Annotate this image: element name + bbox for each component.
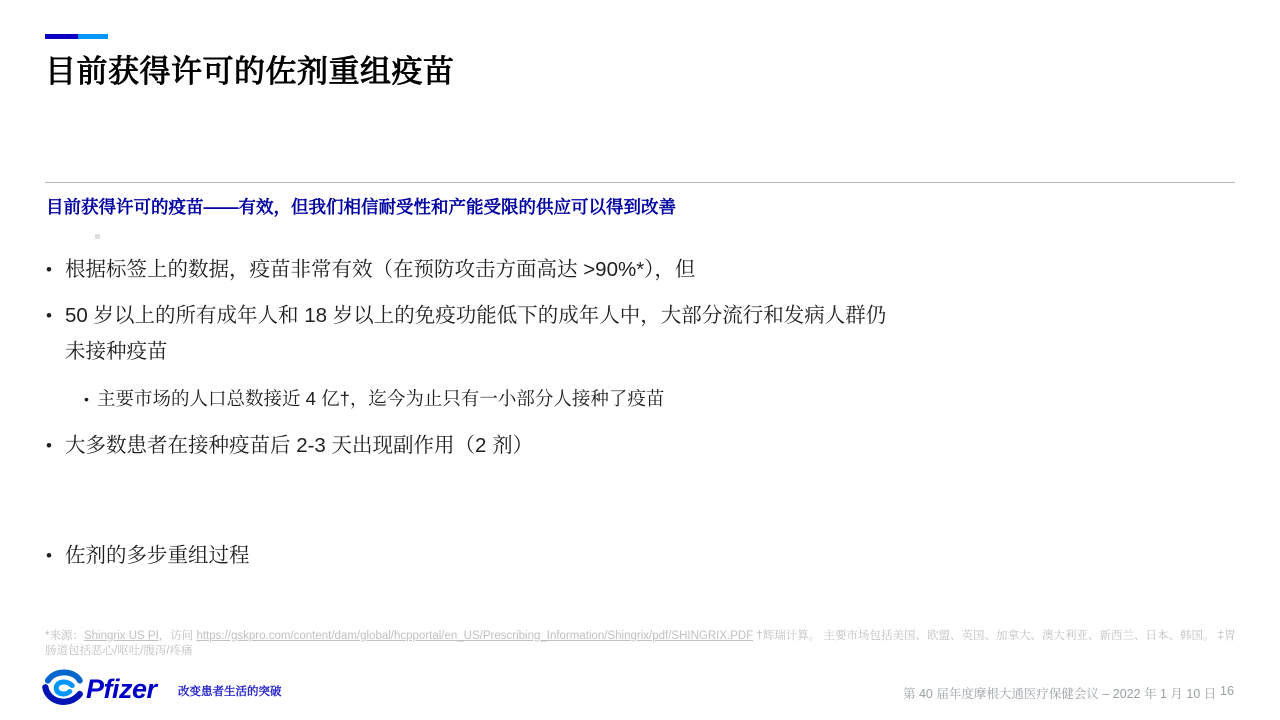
bullet-text: 根据标签上的数据，疫苗非常有效（在预防攻击方面高达 >90%*），但 bbox=[65, 252, 695, 288]
pfizer-wordmark: Pfizer bbox=[86, 674, 157, 705]
slide: 目前获得许可的佐剂重组疫苗 目前获得许可的疫苗——有效，但我们相信耐受性和产能受… bbox=[0, 0, 1280, 720]
accent-bar-light-segment bbox=[78, 34, 108, 39]
slide-subtitle: 目前获得许可的疫苗——有效，但我们相信耐受性和产能受限的供应可以得到改善 bbox=[46, 194, 676, 219]
footnote-link-url[interactable]: https://gskpro.com/content/dam/global/hc… bbox=[196, 630, 753, 642]
bullet-text: 大多数患者在接种疫苗后 2-3 天出现副作用（2 剂） bbox=[65, 428, 533, 464]
footnote-link-shingrix-pi[interactable]: Shingrix US PI bbox=[84, 630, 159, 642]
bullet-item-3: • 大多数患者在接种疫苗后 2-3 天出现副作用（2 剂） bbox=[46, 428, 1226, 464]
slide-title: 目前获得许可的佐剂重组疫苗 bbox=[45, 46, 455, 91]
bullet-marker: • bbox=[46, 538, 65, 574]
footnote-access-text: ，访问 bbox=[159, 630, 197, 642]
bullet-item-1: • 根据标签上的数据，疫苗非常有效（在预防攻击方面高达 >90%*），但 bbox=[46, 252, 1226, 288]
accent-bar bbox=[45, 34, 108, 39]
divider-line bbox=[45, 182, 1235, 183]
footnote-source-prefix: *来源： bbox=[45, 630, 84, 642]
bullet-marker: • bbox=[46, 252, 65, 288]
bullet-item-4: • 佐剂的多步重组过程 bbox=[46, 538, 1226, 574]
bullet-item-2: • 50 岁以上的所有成年人和 18 岁以上的免疫功能低下的成年人中，大部分流行… bbox=[46, 298, 1226, 370]
sub-bullet-item: • 主要市场的人口总数接近 4 亿†，迄今为止只有一小部分人接种了疫苗 bbox=[84, 384, 1224, 414]
accent-bar-dark-segment bbox=[45, 34, 78, 39]
bullet-text: 主要市场的人口总数接近 4 亿†，迄今为止只有一小部分人接种了疫苗 bbox=[97, 384, 664, 414]
page-number: 16 bbox=[1220, 684, 1234, 698]
bullet-marker: • bbox=[84, 384, 97, 414]
bullet-marker: • bbox=[46, 298, 65, 370]
bullet-text: 佐剂的多步重组过程 bbox=[65, 538, 250, 574]
pfizer-swoosh-icon bbox=[42, 668, 84, 710]
pfizer-tagline: 改变患者生活的突破 bbox=[178, 683, 282, 699]
faint-artifact-dot bbox=[95, 234, 100, 239]
bullet-marker: • bbox=[46, 428, 65, 464]
conference-title: 第 40 届年度摩根大通医疗保健会议 – 2022 年 1 月 10 日 bbox=[903, 684, 1216, 702]
pfizer-logo: Pfizer bbox=[42, 668, 157, 710]
footnote: *来源：Shingrix US PI，访问 https://gskpro.com… bbox=[45, 629, 1243, 659]
bullet-text: 50 岁以上的所有成年人和 18 岁以上的免疫功能低下的成年人中，大部分流行和发… bbox=[65, 298, 886, 370]
